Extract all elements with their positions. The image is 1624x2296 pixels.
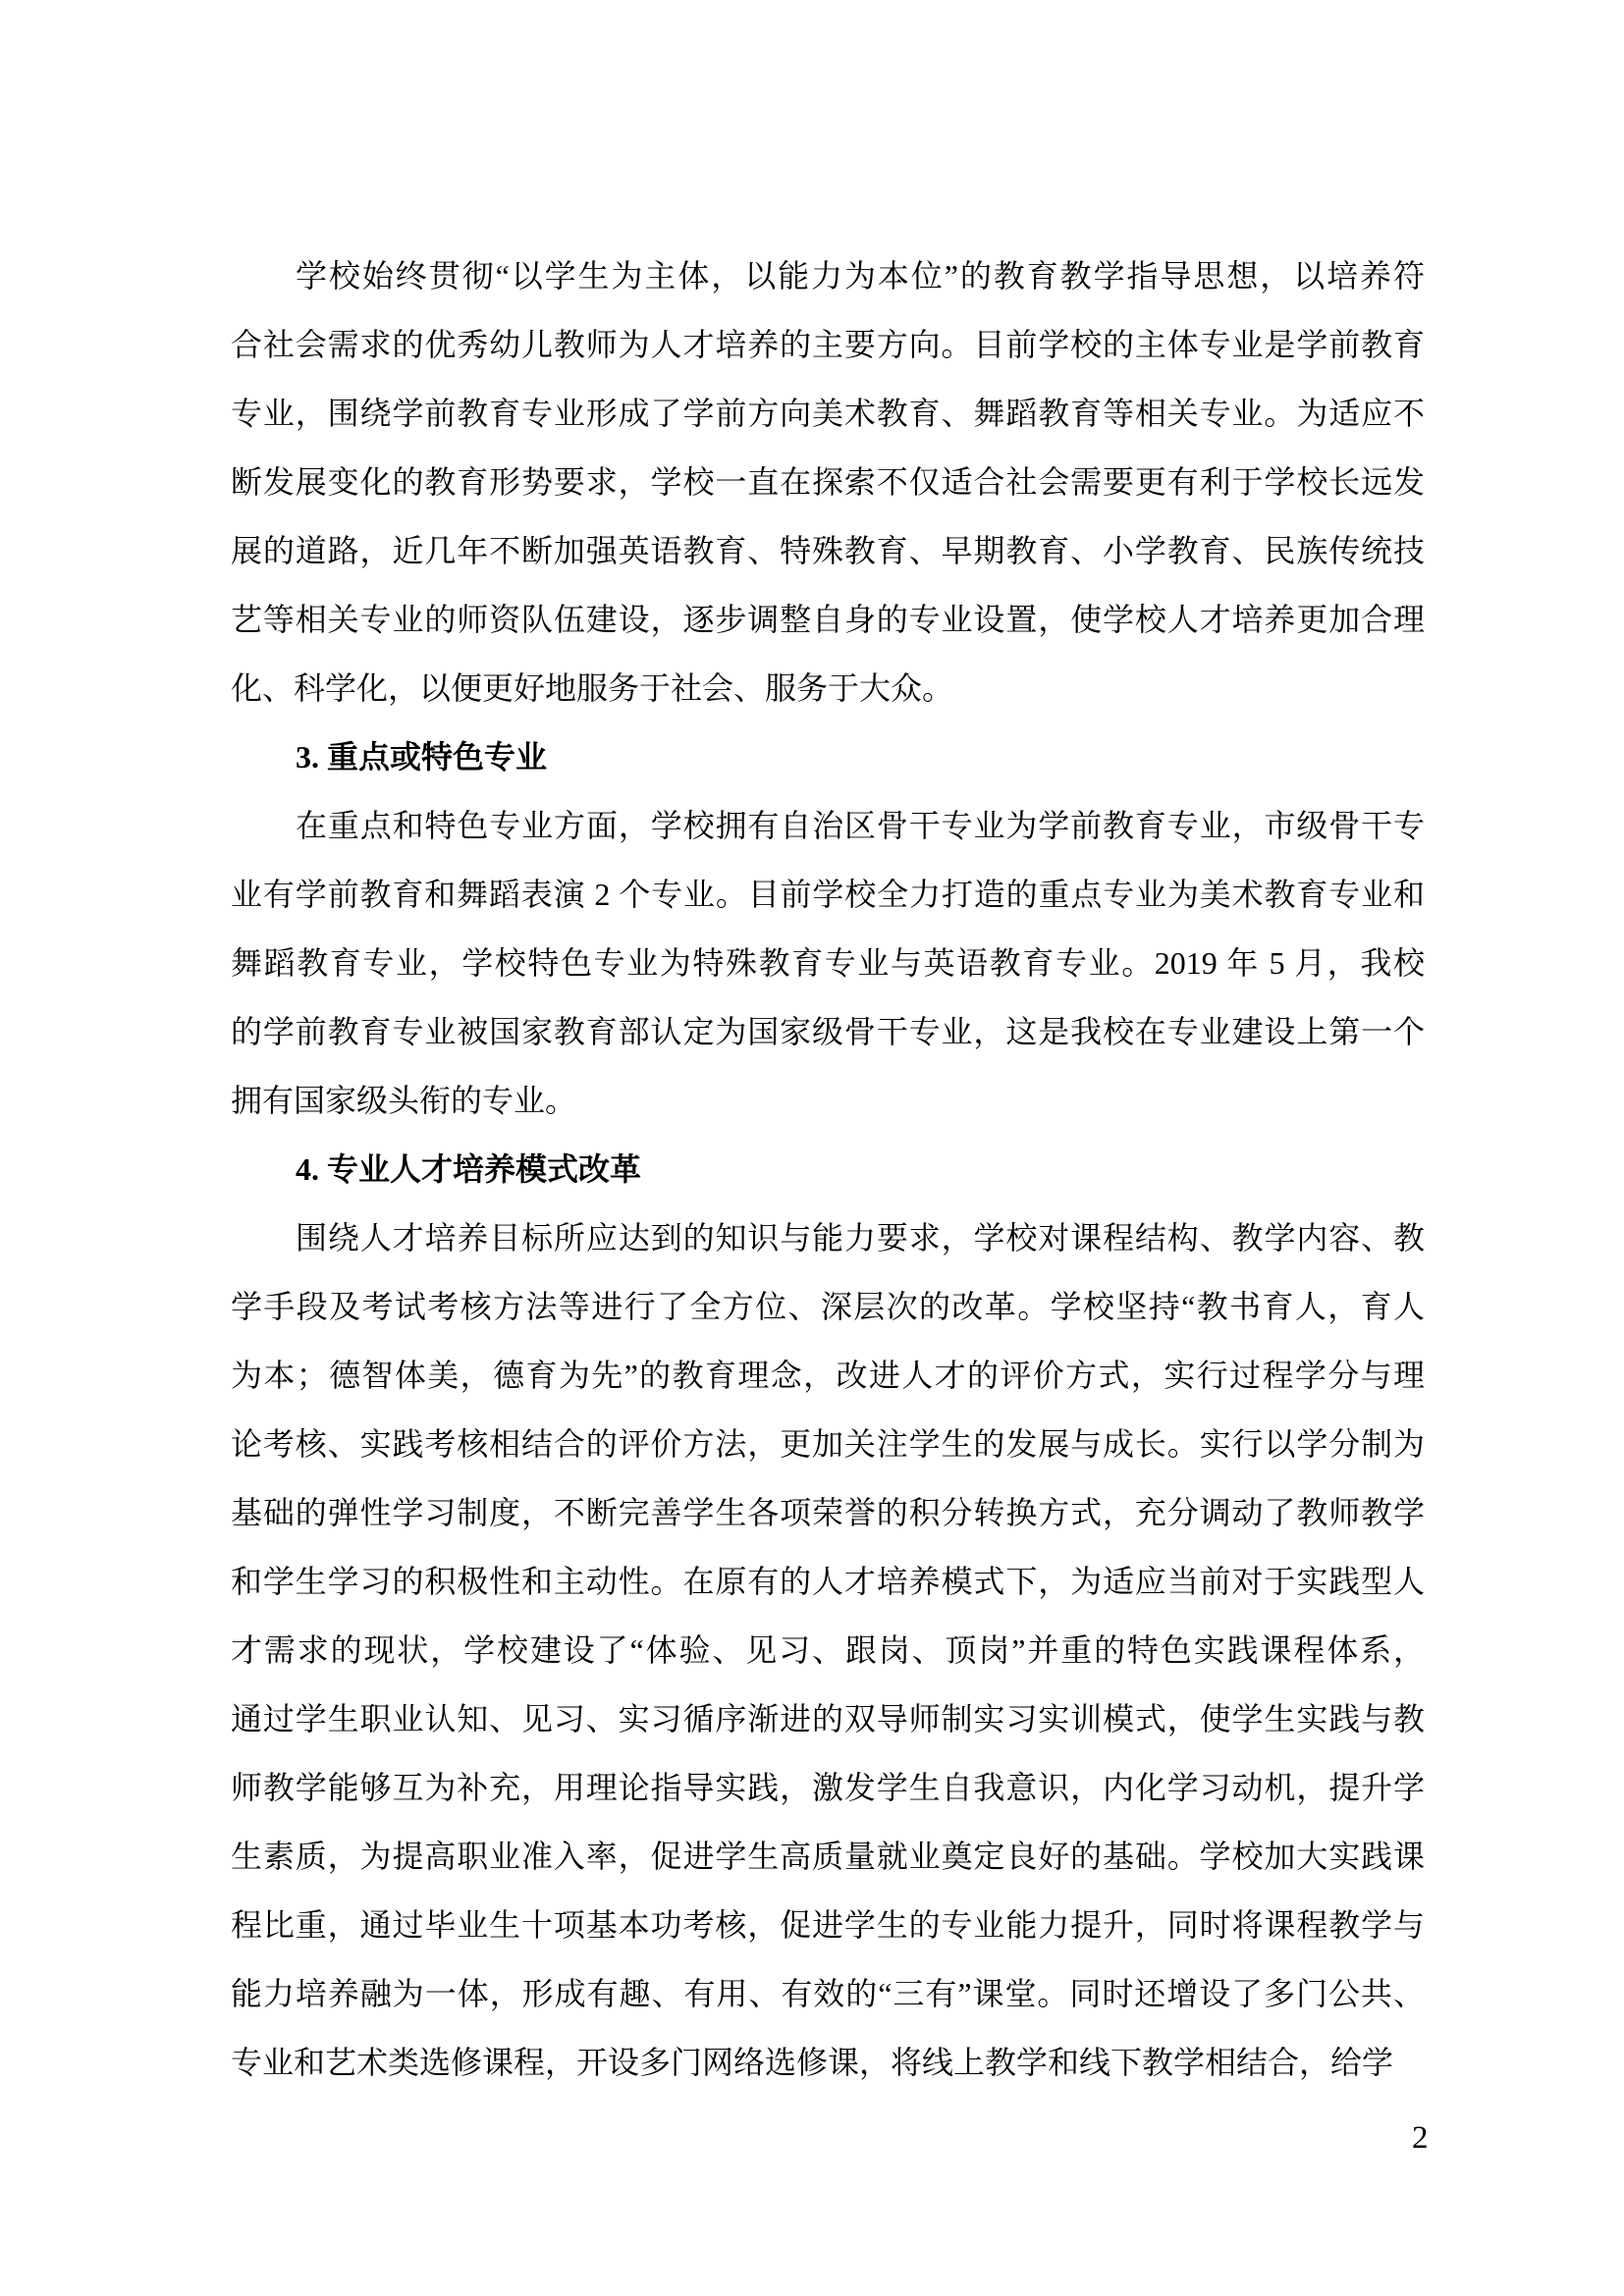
paragraph-line: 基础的弹性学习制度，不断完善学生各项荣誉的积分转换方式，充分调动了教师教学 — [231, 1478, 1425, 1547]
paragraph-line: 能力培养融为一体，形成有趣、有用、有效的“三有”课堂。同时还增设了多门公共、 — [231, 1959, 1425, 2028]
paragraph-line: 程比重，通过毕业生十项基本功考核，促进学生的专业能力提升，同时将课程教学与 — [231, 1891, 1425, 1959]
paragraph-line: 为本；德智体美，德育为先”的教育理念，改进人才的评价方式，实行过程学分与理 — [231, 1341, 1425, 1410]
paragraph-line: 在重点和特色专业方面，学校拥有自治区骨干专业为学前教育专业，市级骨干专 — [231, 791, 1425, 860]
paragraph-line: 的学前教育专业被国家教育部认定为国家级骨干专业，这是我校在专业建设上第一个 — [231, 997, 1425, 1066]
paragraph-line: 展的道路，近几年不断加强英语教育、特殊教育、早期教育、小学教育、民族传统技 — [231, 516, 1425, 585]
paragraph-line: 艺等相关专业的师资队伍建设，逐步调整自身的专业设置，使学校人才培养更加合理 — [231, 585, 1425, 654]
paragraph-line: 通过学生职业认知、见习、实习循序渐进的双导师制实习实训模式，使学生实践与教 — [231, 1684, 1425, 1753]
document-page: 学校始终贯彻“以学生为主体，以能力为本位”的教育教学指导思想，以培养符合社会需求… — [0, 0, 1624, 2296]
page-number: 2 — [1412, 2122, 1429, 2155]
paragraph-line: 化、科学化，以便更好地服务于社会、服务于大众。 — [231, 654, 1425, 722]
paragraph-line: 围绕人才培养目标所应达到的知识与能力要求，学校对课程结构、教学内容、教 — [231, 1203, 1425, 1272]
paragraph-line: 拥有国家级头衔的专业。 — [231, 1066, 1425, 1135]
paragraph-line: 师教学能够互为补充，用理论指导实践，激发学生自我意识，内化学习动机，提升学 — [231, 1753, 1425, 1822]
paragraph: 在重点和特色专业方面，学校拥有自治区骨干专业为学前教育专业，市级骨干专业有学前教… — [231, 791, 1425, 1135]
document-body: 学校始终贯彻“以学生为主体，以能力为本位”的教育教学指导思想，以培养符合社会需求… — [231, 241, 1425, 2097]
paragraph-line: 专业，围绕学前教育专业形成了学前方向美术教育、舞蹈教育等相关专业。为适应不 — [231, 379, 1425, 448]
section-heading: 3. 重点或特色专业 — [231, 722, 1425, 791]
section-heading: 4. 专业人才培养模式改革 — [231, 1135, 1425, 1203]
paragraph-line: 断发展变化的教育形势要求，学校一直在探索不仅适合社会需要更有利于学校长远发 — [231, 448, 1425, 516]
paragraph: 围绕人才培养目标所应达到的知识与能力要求，学校对课程结构、教学内容、教学手段及考… — [231, 1203, 1425, 2097]
paragraph: 学校始终贯彻“以学生为主体，以能力为本位”的教育教学指导思想，以培养符合社会需求… — [231, 241, 1425, 722]
paragraph-line: 专业和艺术类选修课程，开设多门网络选修课，将线上教学和线下教学相结合，给学 — [231, 2028, 1425, 2097]
paragraph-line: 舞蹈教育专业，学校特色专业为特殊教育专业与英语教育专业。2019 年 5 月，我… — [231, 929, 1425, 997]
paragraph-line: 业有学前教育和舞蹈表演 2 个专业。目前学校全力打造的重点专业为美术教育专业和 — [231, 860, 1425, 929]
paragraph-line: 学手段及考试考核方法等进行了全方位、深层次的改革。学校坚持“教书育人，育人 — [231, 1272, 1425, 1341]
paragraph-line: 合社会需求的优秀幼儿教师为人才培养的主要方向。目前学校的主体专业是学前教育 — [231, 310, 1425, 379]
paragraph-line: 和学生学习的积极性和主动性。在原有的人才培养模式下，为适应当前对于实践型人 — [231, 1547, 1425, 1616]
paragraph-line: 才需求的现状，学校建设了“体验、见习、跟岗、顶岗”并重的特色实践课程体系， — [231, 1616, 1425, 1684]
paragraph-line: 生素质，为提高职业准入率，促进学生高质量就业奠定良好的基础。学校加大实践课 — [231, 1822, 1425, 1891]
paragraph-line: 学校始终贯彻“以学生为主体，以能力为本位”的教育教学指导思想，以培养符 — [231, 241, 1425, 310]
paragraph-line: 论考核、实践考核相结合的评价方法，更加关注学生的发展与成长。实行以学分制为 — [231, 1410, 1425, 1478]
